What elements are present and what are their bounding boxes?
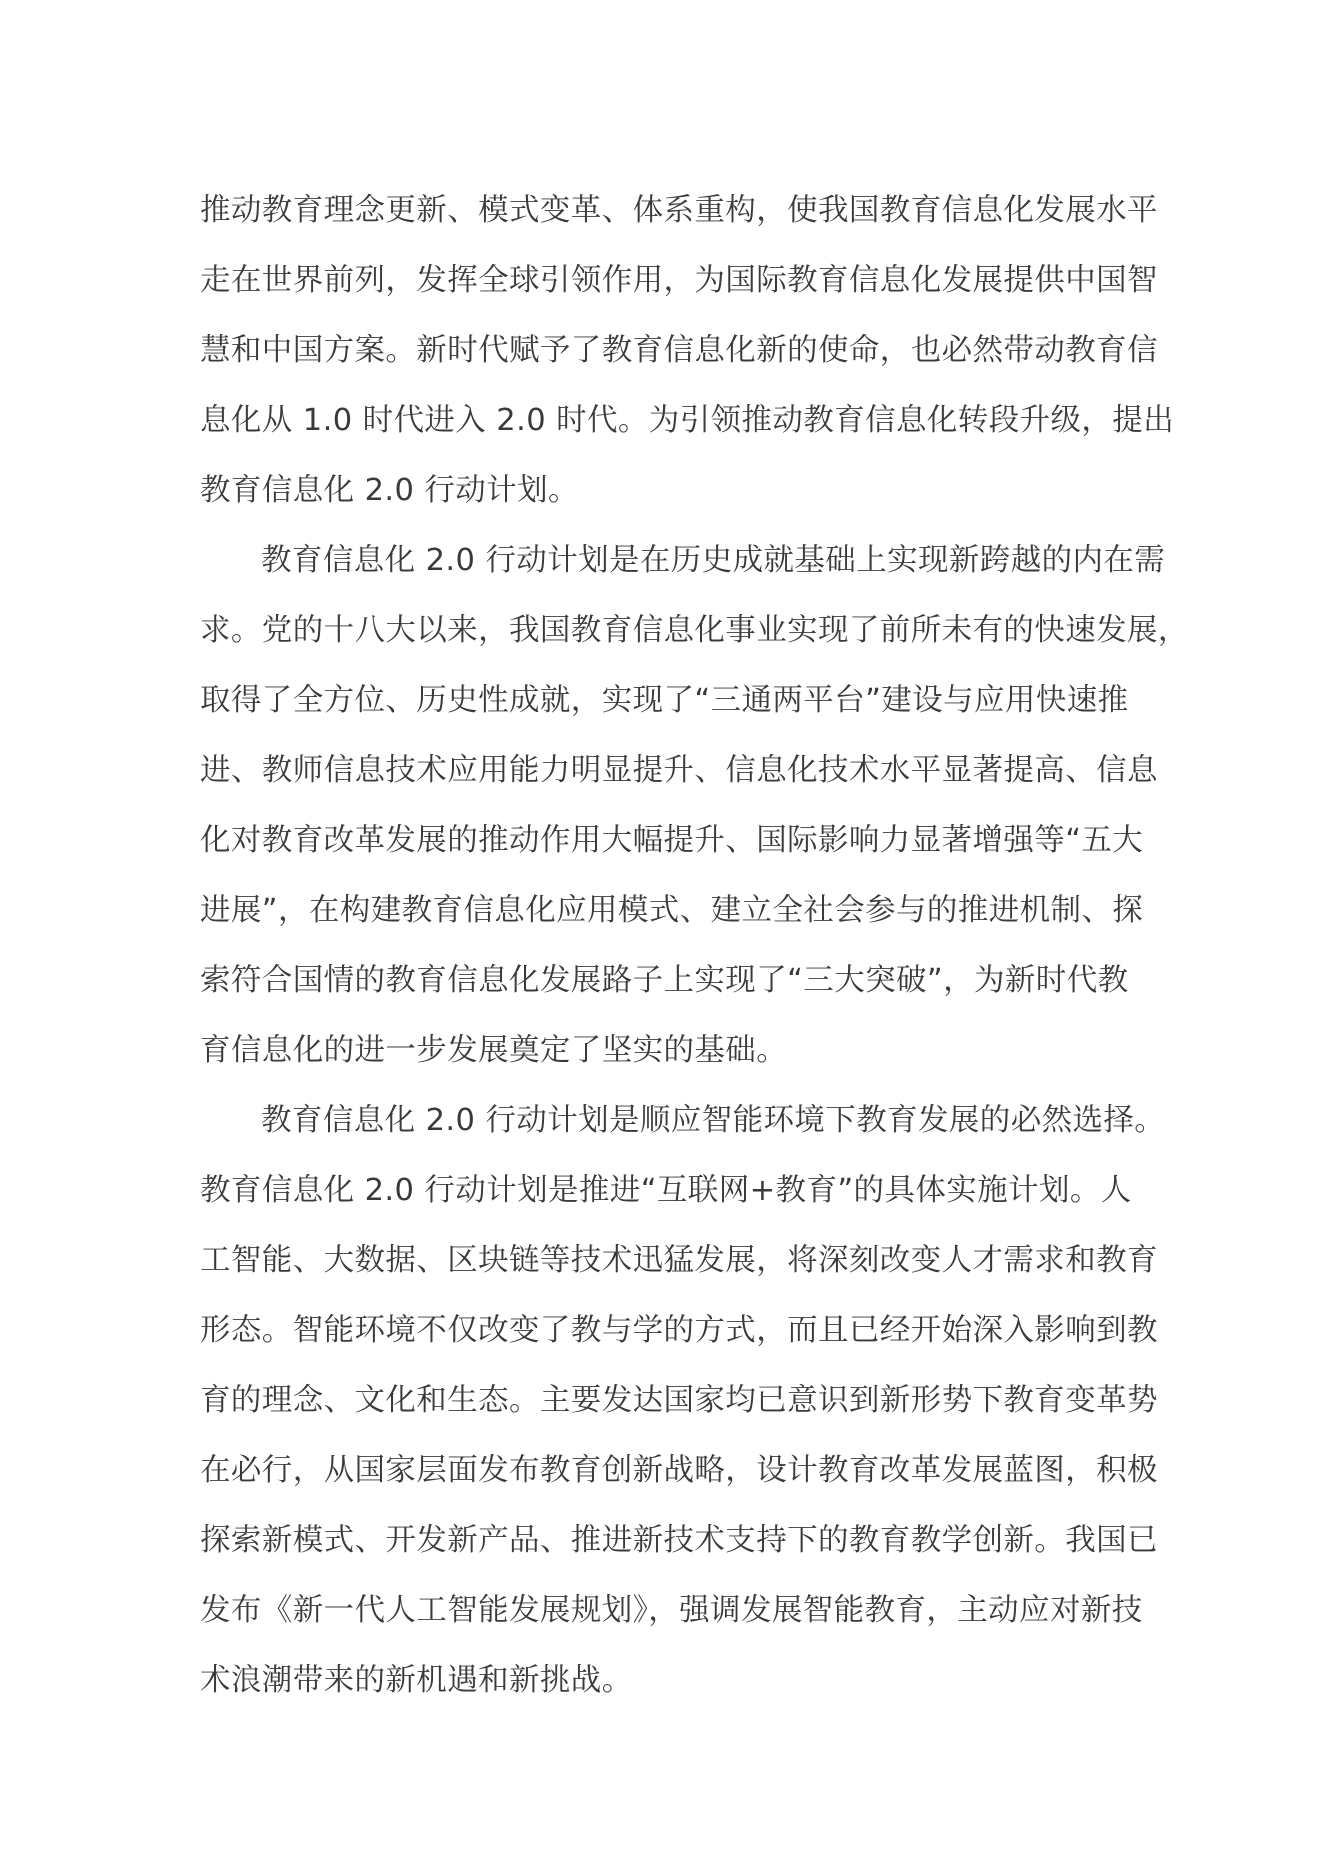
text-line-indented: 教育信息化 2.0 行动计划是在历史成就基础上实现新跨越的内在需: [200, 526, 1134, 596]
text-line: 教育信息化 2.0 行动计划是推进“互联网+教育”的具体实施计划。人: [200, 1156, 1134, 1226]
paragraph-2: 教育信息化 2.0 行动计划是在历史成就基础上实现新跨越的内在需 求。党的十八大…: [200, 526, 1134, 1086]
text-line: 育的理念、文化和生态。主要发达国家均已意识到新形势下教育变革势: [200, 1366, 1134, 1436]
document-page: 推动教育理念更新、模式变革、体系重构，使我国教育信息化发展水平 走在世界前列，发…: [200, 176, 1134, 1716]
text-line: 走在世界前列，发挥全球引领作用，为国际教育信息化发展提供中国智: [200, 246, 1134, 316]
text-line: 形态。智能环境不仅改变了教与学的方式，而且已经开始深入影响到教: [200, 1296, 1134, 1366]
paragraph-1: 推动教育理念更新、模式变革、体系重构，使我国教育信息化发展水平 走在世界前列，发…: [200, 176, 1134, 526]
text-line: 进展”，在构建教育信息化应用模式、建立全社会参与的推进机制、探: [200, 876, 1134, 946]
text-line: 进、教师信息技术应用能力明显提升、信息化技术水平显著提高、信息: [200, 736, 1134, 806]
text-line: 术浪潮带来的新机遇和新挑战。: [200, 1646, 1134, 1716]
text-line: 慧和中国方案。新时代赋予了教育信息化新的使命，也必然带动教育信: [200, 316, 1134, 386]
text-line: 求。党的十八大以来，我国教育信息化事业实现了前所未有的快速发展，: [200, 596, 1134, 666]
text-line: 化对教育改革发展的推动作用大幅提升、国际影响力显著增强等“五大: [200, 806, 1134, 876]
text-line: 探索新模式、开发新产品、推进新技术支持下的教育教学创新。我国已: [200, 1506, 1134, 1576]
text-line-indented: 教育信息化 2.0 行动计划是顺应智能环境下教育发展的必然选择。: [200, 1086, 1134, 1156]
text-line: 工智能、大数据、区块链等技术迅猛发展，将深刻改变人才需求和教育: [200, 1226, 1134, 1296]
paragraph-3: 教育信息化 2.0 行动计划是顺应智能环境下教育发展的必然选择。 教育信息化 2…: [200, 1086, 1134, 1716]
text-line: 育信息化的进一步发展奠定了坚实的基础。: [200, 1016, 1134, 1086]
text-line: 在必行，从国家层面发布教育创新战略，设计教育改革发展蓝图，积极: [200, 1436, 1134, 1506]
text-line: 推动教育理念更新、模式变革、体系重构，使我国教育信息化发展水平: [200, 176, 1134, 246]
text-line: 息化从 1.0 时代进入 2.0 时代。为引领推动教育信息化转段升级，提出: [200, 386, 1134, 456]
text-line: 索符合国情的教育信息化发展路子上实现了“三大突破”，为新时代教: [200, 946, 1134, 1016]
text-line: 发布《新一代人工智能发展规划》，强调发展智能教育，主动应对新技: [200, 1576, 1134, 1646]
text-line: 取得了全方位、历史性成就，实现了“三通两平台”建设与应用快速推: [200, 666, 1134, 736]
text-line: 教育信息化 2.0 行动计划。: [200, 456, 1134, 526]
